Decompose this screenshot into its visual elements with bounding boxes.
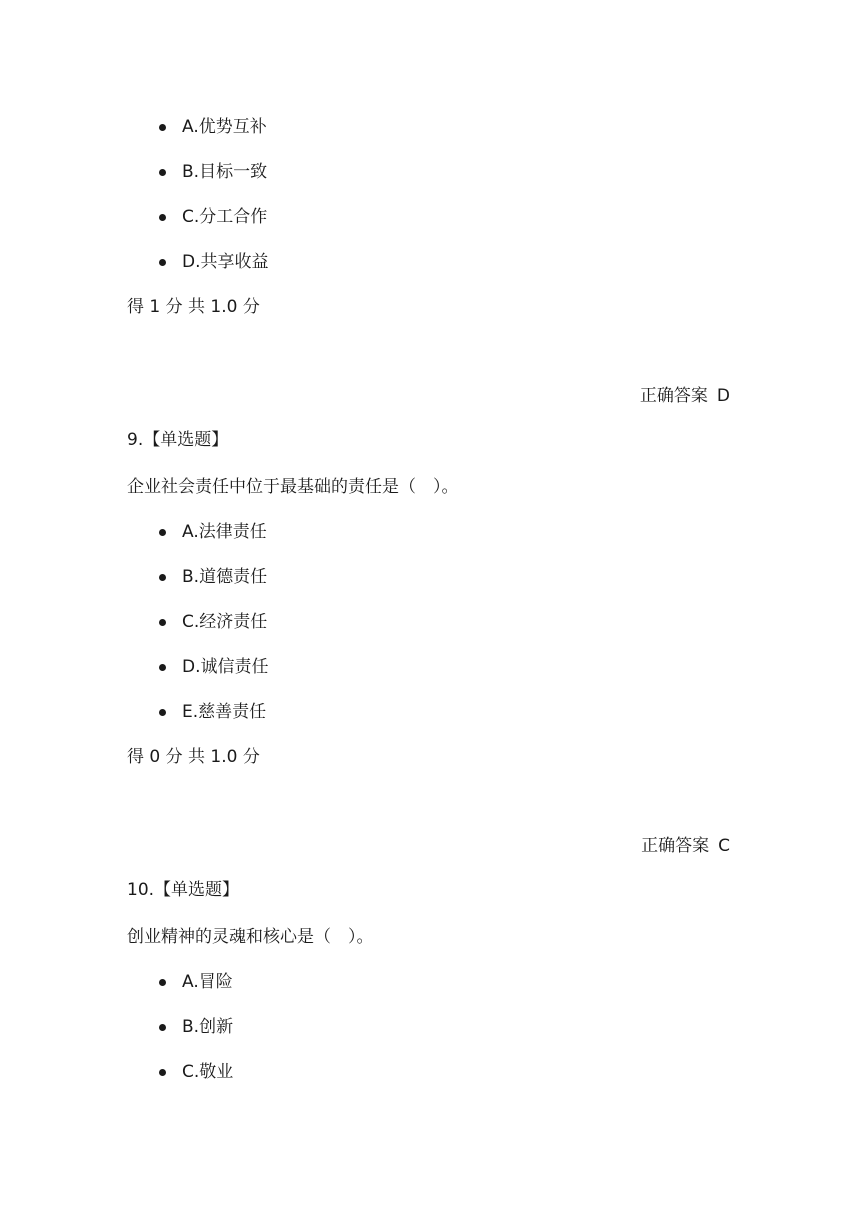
option-item: D.共享收益: [127, 251, 730, 274]
bullet-icon: [159, 709, 166, 716]
question-text: 企业社会责任中位于最基础的责任是（ ）。: [127, 476, 730, 499]
option-item: C.敬业: [127, 1061, 730, 1084]
question-8-options: A.优势互补 B.目标一致 C.分工合作 D.共享收益: [127, 116, 730, 274]
option-item: C.经济责任: [127, 611, 730, 634]
correct-answer-line: 正确答案C: [127, 835, 730, 858]
question-block-10: 10.【单选题】 创业精神的灵魂和核心是（ ）。 A.冒险 B.创新 C.敬业: [127, 879, 730, 1084]
question-block-8: A.优势互补 B.目标一致 C.分工合作 D.共享收益 得 1 分 共 1.0 …: [127, 116, 730, 408]
option-label: C.分工合作: [182, 206, 267, 229]
option-item: A.冒险: [127, 971, 730, 994]
option-label: A.冒险: [182, 971, 233, 994]
bullet-icon: [159, 1024, 166, 1031]
score-line: 得 0 分 共 1.0 分: [127, 746, 730, 769]
question-number-heading: 10.【单选题】: [127, 879, 730, 902]
option-item: A.法律责任: [127, 521, 730, 544]
option-label: D.诚信责任: [182, 656, 269, 679]
quiz-document-page: A.优势互补 B.目标一致 C.分工合作 D.共享收益 得 1 分 共 1.0 …: [0, 116, 860, 1084]
correct-answer-value: D: [717, 386, 730, 406]
bullet-icon: [159, 124, 166, 131]
option-item: B.创新: [127, 1016, 730, 1039]
option-item: D.诚信责任: [127, 656, 730, 679]
bullet-icon: [159, 619, 166, 626]
bullet-icon: [159, 979, 166, 986]
correct-answer-label: 正确答案: [641, 836, 709, 856]
correct-answer-label: 正确答案: [640, 386, 708, 406]
option-item: E.慈善责任: [127, 701, 730, 724]
bullet-icon: [159, 1069, 166, 1076]
option-label: C.敬业: [182, 1061, 233, 1084]
bullet-icon: [159, 664, 166, 671]
correct-answer-line: 正确答案D: [127, 385, 730, 408]
question-9-options: A.法律责任 B.道德责任 C.经济责任 D.诚信责任 E.慈善责任: [127, 521, 730, 724]
option-label: A.优势互补: [182, 116, 267, 139]
option-label: E.慈善责任: [182, 701, 266, 724]
option-label: A.法律责任: [182, 521, 267, 544]
score-line: 得 1 分 共 1.0 分: [127, 296, 730, 319]
option-label: C.经济责任: [182, 611, 267, 634]
bullet-icon: [159, 529, 166, 536]
option-label: D.共享收益: [182, 251, 269, 274]
option-item: B.目标一致: [127, 161, 730, 184]
bullet-icon: [159, 169, 166, 176]
option-item: A.优势互补: [127, 116, 730, 139]
bullet-icon: [159, 574, 166, 581]
option-item: C.分工合作: [127, 206, 730, 229]
question-10-options: A.冒险 B.创新 C.敬业: [127, 971, 730, 1084]
bullet-icon: [159, 259, 166, 266]
question-block-9: 9.【单选题】 企业社会责任中位于最基础的责任是（ ）。 A.法律责任 B.道德…: [127, 429, 730, 858]
question-number-heading: 9.【单选题】: [127, 429, 730, 452]
bullet-icon: [159, 214, 166, 221]
option-item: B.道德责任: [127, 566, 730, 589]
option-label: B.目标一致: [182, 161, 267, 184]
correct-answer-value: C: [718, 836, 730, 856]
question-text: 创业精神的灵魂和核心是（ ）。: [127, 926, 730, 949]
option-label: B.道德责任: [182, 566, 267, 589]
option-label: B.创新: [182, 1016, 233, 1039]
